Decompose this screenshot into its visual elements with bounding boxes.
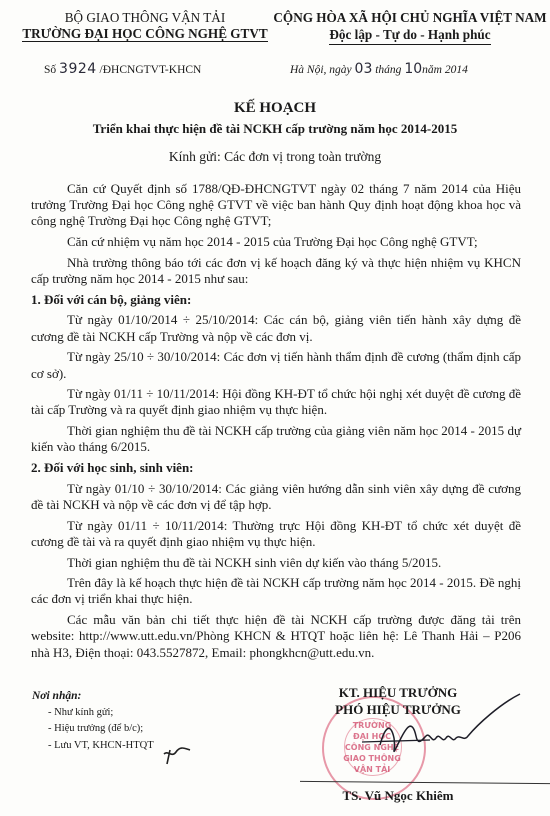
document-subtitle: Triển khai thực hiện đề tài NCKH cấp trư… (0, 121, 550, 137)
section-paragraph: Thời gian nghiệm thu đề tài NCKH cấp trư… (31, 423, 521, 455)
handwritten-month: 10 (404, 61, 422, 77)
handwritten-day: 03 (355, 61, 373, 77)
document-title: KẾ HOẠCH (0, 100, 550, 117)
greeting: Kính gửi: Các đơn vị trong toàn trường (0, 149, 550, 165)
intro-paragraph: Căn cứ Quyết định số 1788/QĐ-ĐHCNGTVT ng… (31, 181, 521, 230)
section-heading: 2. Đối với học sinh, sinh viên: (31, 460, 521, 476)
section-paragraph: Từ ngày 01/10/2014 ÷ 25/10/2014: Các cán… (31, 312, 521, 344)
handwritten-signature-icon (360, 690, 530, 770)
national-motto: Độc lập - Tự do - Hạnh phúc (329, 27, 490, 45)
recipients-label: Nơi nhận: (32, 688, 154, 705)
recipients-block: Nơi nhận: - Như kính gửi; - Hiệu trưởng … (32, 688, 154, 754)
intro-paragraph: Căn cứ nhiệm vụ năm học 2014 - 2015 của … (31, 234, 521, 250)
document-date: Hà Nội, ngày 03 tháng 10năm 2014 (290, 61, 468, 77)
initial-mark-icon (162, 744, 192, 766)
ministry-name: BỘ GIAO THÔNG VẬN TẢI (20, 10, 270, 26)
section-paragraph: Từ ngày 01/11 ÷ 10/11/2014: Thường trực … (31, 518, 521, 550)
section-paragraph: Từ ngày 01/10 ÷ 30/10/2014: Các giảng vi… (31, 481, 521, 513)
section-heading: 1. Đối với cán bộ, giảng viên: (31, 292, 521, 308)
section-paragraph: Thời gian nghiệm thu đề tài NCKH sinh vi… (31, 555, 521, 571)
school-name: TRƯỜNG ĐẠI HỌC CÔNG NGHỆ GTVT (20, 26, 270, 42)
handwritten-number: 3924 (59, 61, 97, 77)
section-paragraph: Từ ngày 01/11 ÷ 10/11/2014: Hội đồng KH-… (31, 386, 521, 418)
document-number: Số 3924 /ĐHCNGTVT-KHCN (44, 61, 201, 77)
recipient-item: - Lưu VT, KHCN-HTQT (32, 738, 154, 755)
document-page: BỘ GIAO THÔNG VẬN TẢI TRƯỜNG ĐẠI HỌC CÔN… (0, 0, 550, 816)
signer-name: TS. Vũ Ngọc Khiêm (318, 788, 478, 804)
document-body: Căn cứ Quyết định số 1788/QĐ-ĐHCNGTVT ng… (31, 181, 521, 665)
national-header: CỘNG HÒA XÃ HỘI CHỦ NGHĨA VIỆT NAM Độc l… (270, 10, 550, 45)
closing-paragraph: Trên đây là kế hoạch thực hiện đề tài NC… (31, 575, 521, 607)
section-paragraph: Từ ngày 25/10 ÷ 30/10/2014: Các đơn vị t… (31, 349, 521, 381)
issuer-block: BỘ GIAO THÔNG VẬN TẢI TRƯỜNG ĐẠI HỌC CÔN… (20, 10, 270, 42)
republic-title: CỘNG HÒA XÃ HỘI CHỦ NGHĨA VIỆT NAM (270, 10, 550, 26)
closing-paragraph: Các mẫu văn bản chi tiết thực hiện đề tà… (31, 612, 521, 661)
intro-paragraph: Nhà trường thông báo tới các đơn vị kế h… (31, 255, 521, 287)
recipient-item: - Như kính gửi; (32, 705, 154, 722)
recipient-item: - Hiệu trưởng (để b/c); (32, 721, 154, 738)
